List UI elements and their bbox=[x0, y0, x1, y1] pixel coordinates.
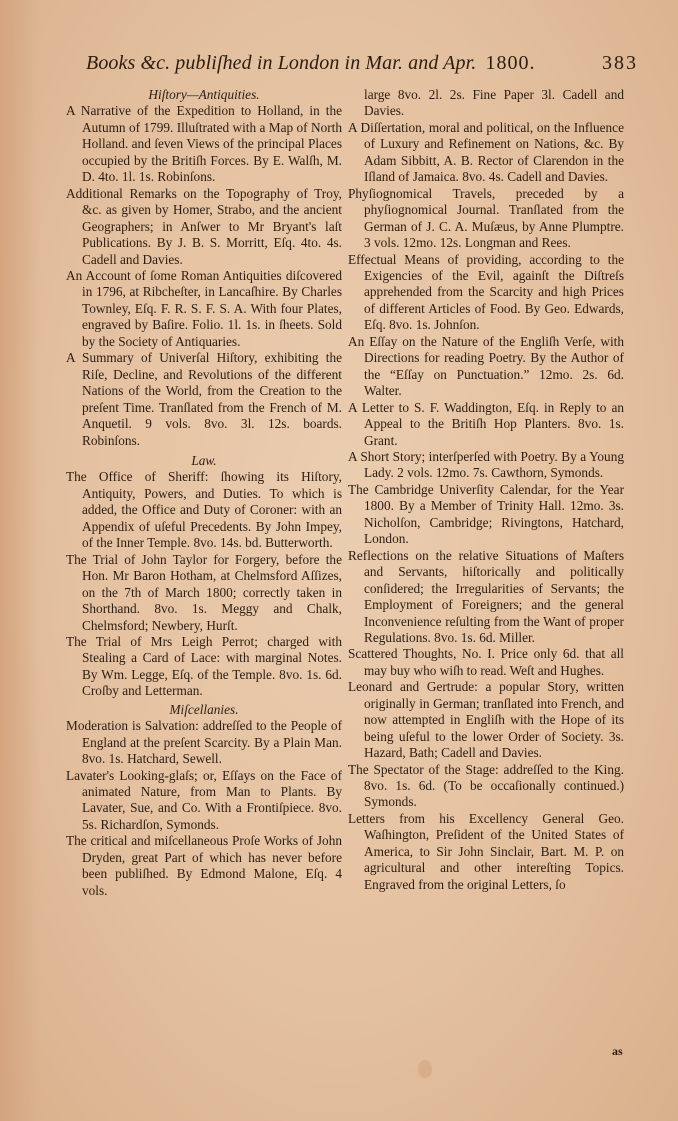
list-item: The Office of Sheriff: ſhowing its Hiſto… bbox=[66, 469, 342, 551]
list-item: The Trial of Mrs Leigh Perrot; charged w… bbox=[66, 634, 342, 700]
catchword: as bbox=[612, 1044, 623, 1059]
list-item: Scattered Thoughts, No. I. Price only 6d… bbox=[348, 646, 624, 679]
list-item: Letters from his Excellency General Geo.… bbox=[348, 811, 624, 893]
list-item: A Summary of Univerſal Hiſtory, exhibiti… bbox=[66, 350, 342, 449]
list-item: The Cambridge Univerſity Calendar, for t… bbox=[348, 482, 624, 548]
list-item: Effectual Means of providing, according … bbox=[348, 252, 624, 334]
page-number: 383 bbox=[602, 52, 638, 75]
section-heading-history: Hiſtory—Antiquities. bbox=[66, 87, 342, 103]
list-item: Reflections on the relative Situations o… bbox=[348, 548, 624, 647]
list-item: The Trial of John Taylor for Forgery, be… bbox=[66, 552, 342, 634]
left-column: Hiſtory—Antiquities. A Narrative of the … bbox=[66, 87, 342, 899]
list-item: A Diſſertation, moral and political, on … bbox=[348, 120, 624, 186]
running-head-date: 1800. bbox=[485, 52, 535, 74]
right-column: large 8vo. 2l. 2s. Fine Paper 3l. Cadell… bbox=[348, 87, 624, 893]
list-item: Additional Remarks on the Topography of … bbox=[66, 186, 342, 268]
list-item: An Account of ſome Roman Antiquities diſ… bbox=[66, 268, 342, 350]
list-item: A Letter to S. F. Waddington, Eſq. in Re… bbox=[348, 400, 624, 449]
continued-entry: large 8vo. 2l. 2s. Fine Paper 3l. Cadell… bbox=[348, 87, 624, 120]
list-item: Phyſiognomical Travels, preceded by a ph… bbox=[348, 186, 624, 252]
list-item: Moderation is Salvation: addreſſed to th… bbox=[66, 718, 342, 767]
paper-stain bbox=[418, 1060, 432, 1078]
book-page: Books &c. publiſhed in London in Mar. an… bbox=[0, 0, 678, 1121]
list-item: The critical and miſcellaneous Proſe Wor… bbox=[66, 833, 342, 899]
list-item: The Spectator of the Stage: addreſſed to… bbox=[348, 762, 624, 811]
section-heading-miscellanies: Miſcellanies. bbox=[66, 702, 342, 718]
running-head: Books &c. publiſhed in London in Mar. an… bbox=[86, 52, 646, 75]
list-item: Lavater's Looking-glaſs; or, Eſſays on t… bbox=[66, 768, 342, 834]
list-item: An Eſſay on the Nature of the Engliſh Ve… bbox=[348, 334, 624, 400]
list-item: Leonard and Gertrude: a popular Story, w… bbox=[348, 679, 624, 761]
list-item: A Short Story; interſperſed with Poetry.… bbox=[348, 449, 624, 482]
running-head-title: Books &c. publiſhed in London in Mar. an… bbox=[86, 52, 476, 74]
list-item: A Narrative of the Expedition to Holland… bbox=[66, 103, 342, 185]
section-heading-law: Law. bbox=[66, 453, 342, 469]
